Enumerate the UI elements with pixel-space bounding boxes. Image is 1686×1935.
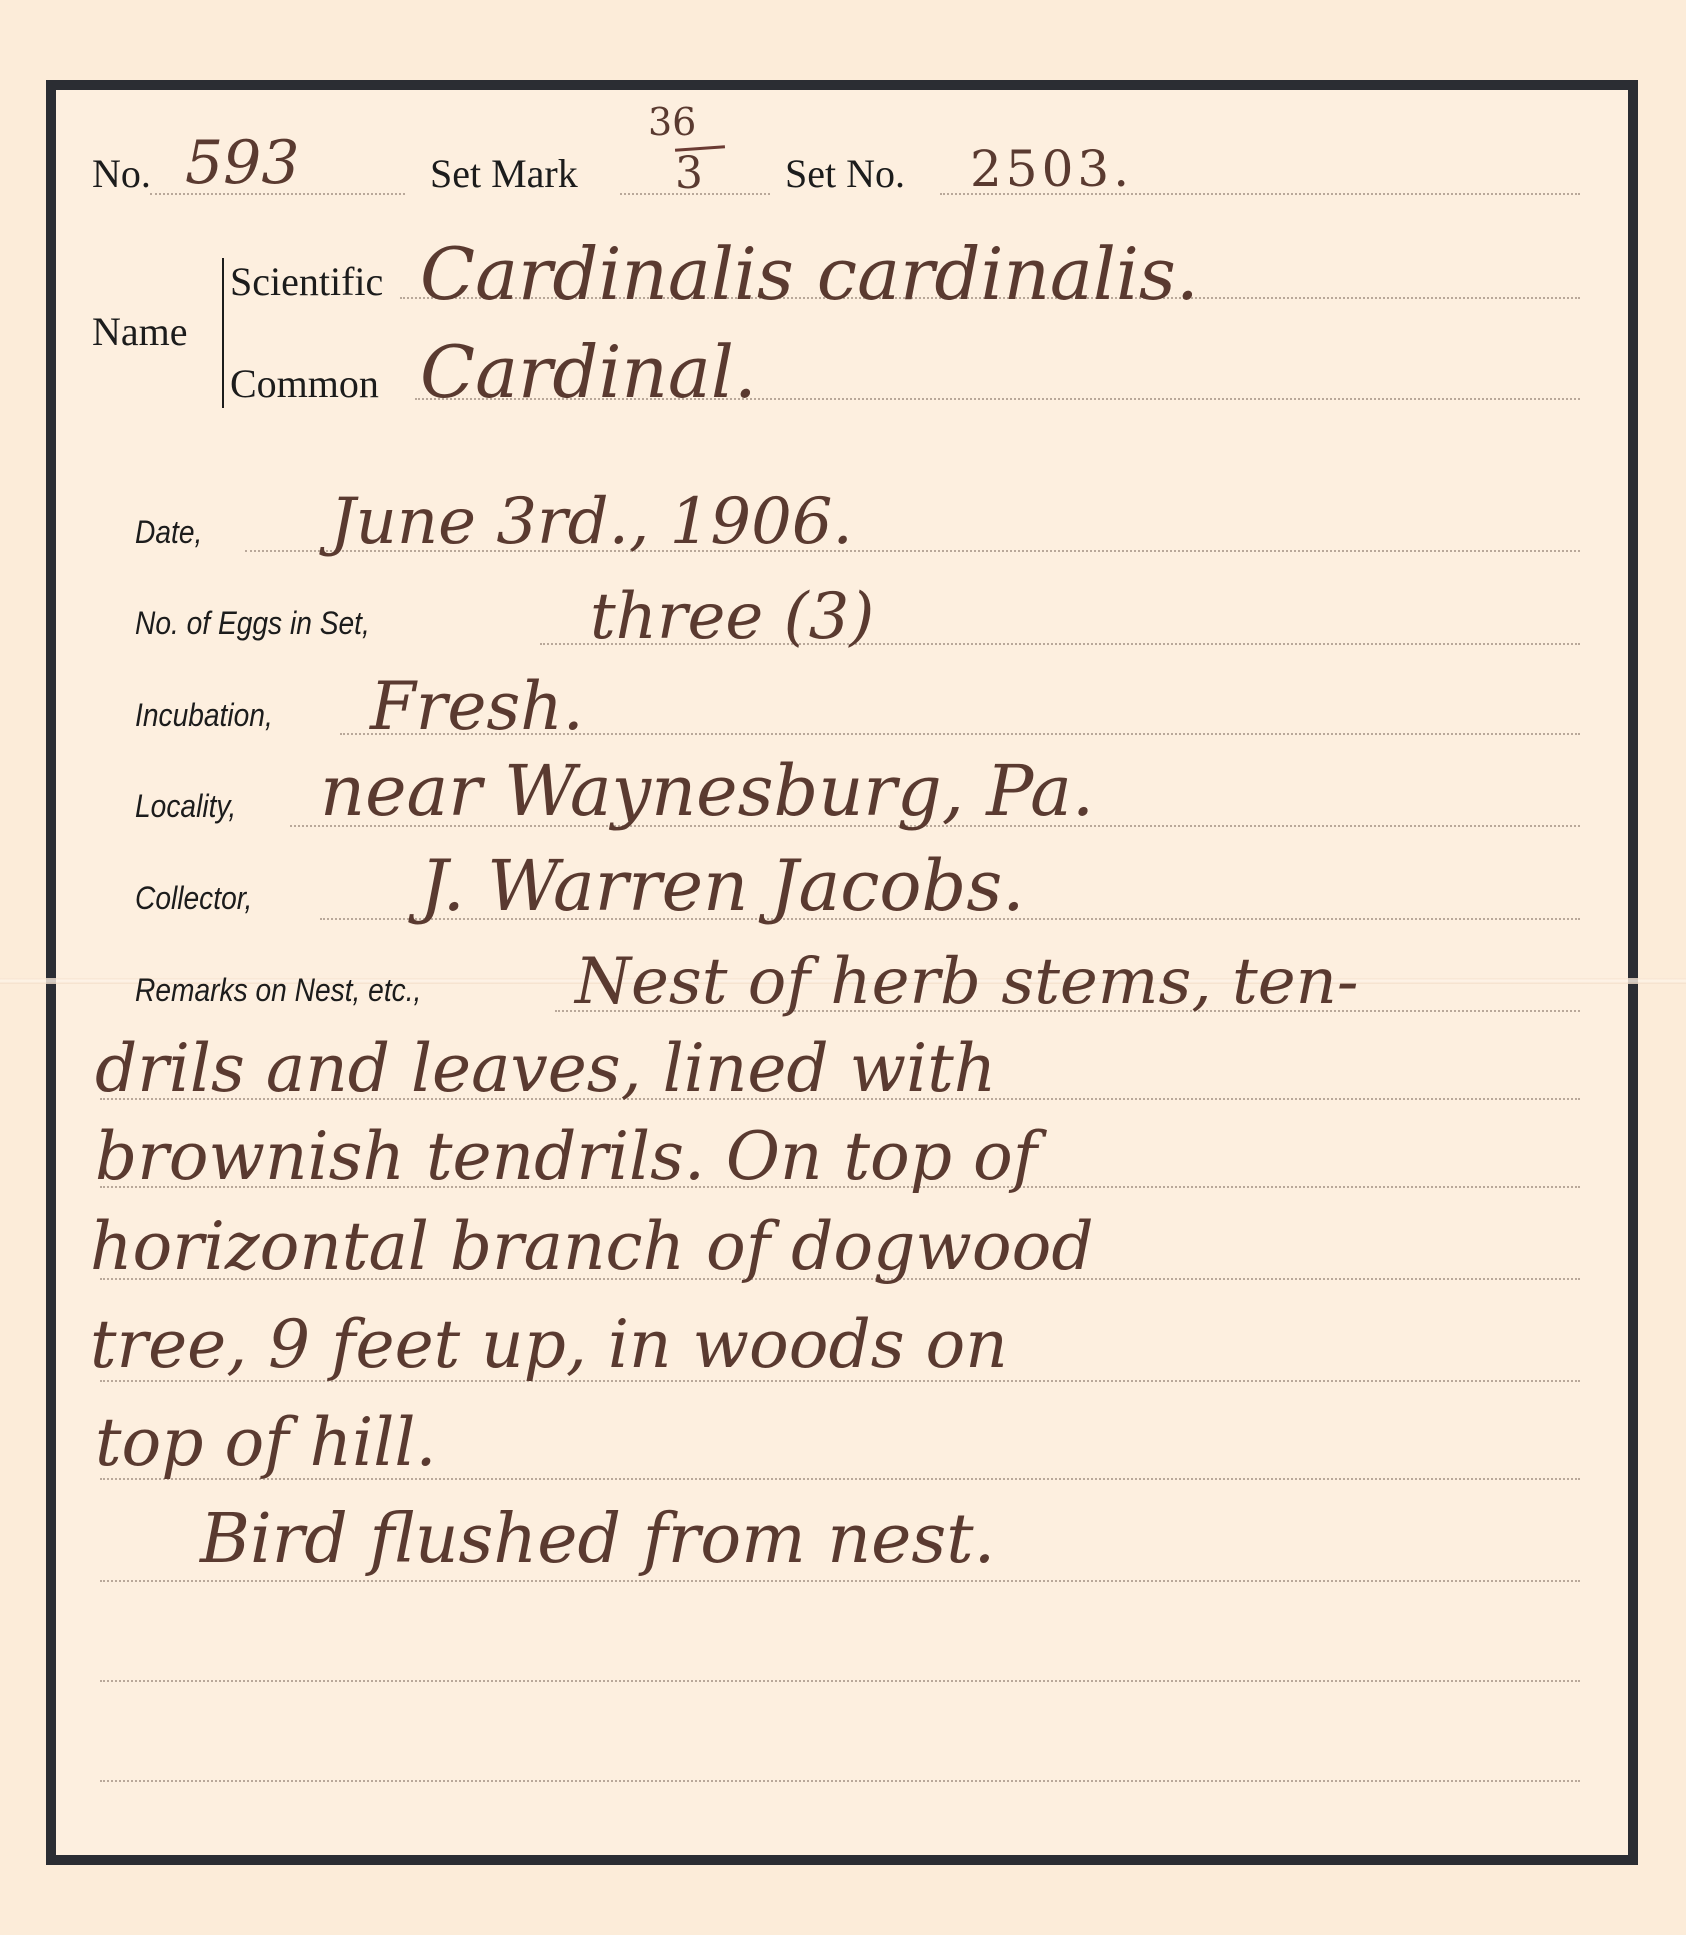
- remarks-label: Remarks on Nest, etc.,: [135, 972, 421, 1009]
- remarks-line-2: drils and leaves, lined with: [95, 1030, 996, 1107]
- eggs-in-set-label: No. of Eggs in Set,: [135, 605, 370, 642]
- set-mark-numerator: 36: [648, 100, 696, 144]
- locality-value: near Waynesburg, Pa.: [320, 750, 1094, 832]
- name-bracket: [222, 258, 224, 408]
- no-label: No.: [92, 150, 151, 197]
- incubation-value: Fresh.: [370, 668, 584, 745]
- remarks-line-7-dots: [100, 1580, 1580, 1582]
- set-mark-denominator: 3: [675, 148, 703, 199]
- remarks-line-6: top of hill.: [95, 1404, 436, 1481]
- remarks-line-1: Nest of herb stems, ten-: [575, 945, 1358, 1019]
- blank-line-1-dots: [100, 1680, 1580, 1682]
- common-label: Common: [230, 360, 379, 407]
- remarks-line-3: brownish tendrils. On top of: [95, 1118, 1037, 1195]
- incubation-label: Incubation,: [135, 697, 273, 734]
- eggs-in-set-value: three (3): [590, 580, 874, 654]
- set-no-value: 2503.: [970, 140, 1133, 198]
- no-value: 593: [185, 128, 300, 198]
- set-no-label: Set No.: [785, 150, 905, 197]
- collector-value: J. Warren Jacobs.: [420, 845, 1025, 927]
- name-label: Name: [92, 308, 188, 355]
- remarks-line-5: tree, 9 feet up, in woods on: [90, 1306, 1008, 1383]
- remarks-line-7: Bird flushed from nest.: [200, 1500, 995, 1579]
- collector-label: Collector,: [135, 880, 252, 917]
- set-mark-label: Set Mark: [430, 150, 578, 197]
- date-value: June 3rd., 1906.: [330, 485, 853, 559]
- date-label: Date,: [135, 514, 202, 551]
- scientific-name-value: Cardinalis cardinalis.: [420, 232, 1199, 316]
- scientific-label: Scientific: [230, 258, 383, 305]
- locality-label: Locality,: [135, 788, 236, 825]
- remarks-line-4: horizontal branch of dogwood: [90, 1208, 1094, 1285]
- common-name-value: Cardinal.: [420, 330, 757, 414]
- blank-line-2-dots: [100, 1780, 1580, 1782]
